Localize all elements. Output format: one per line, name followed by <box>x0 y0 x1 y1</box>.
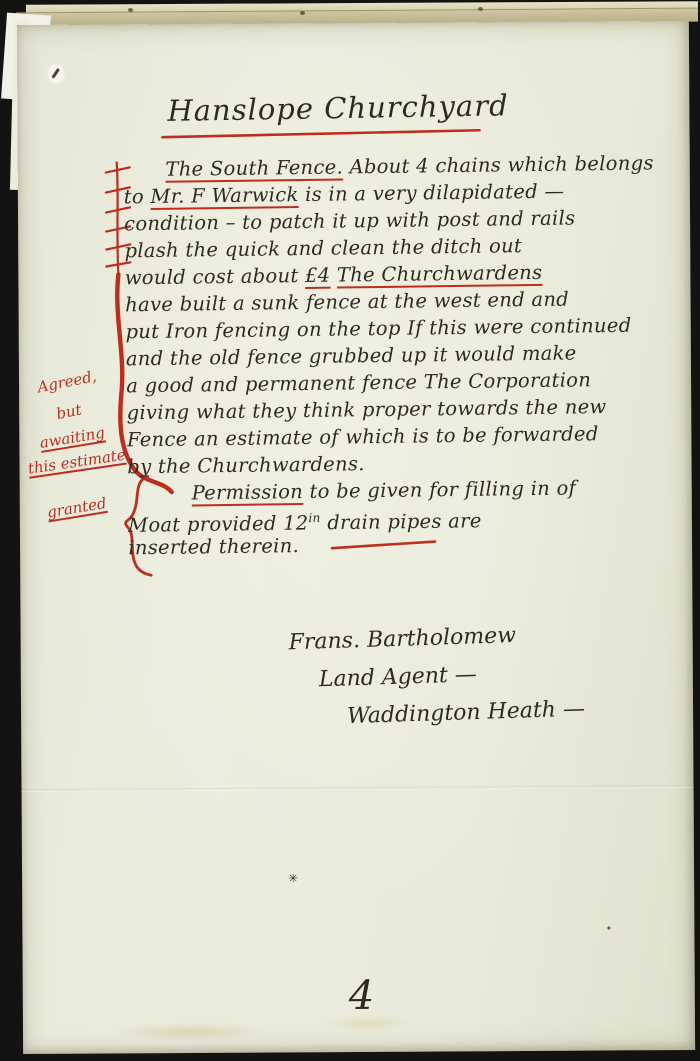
signature-name: Frans. Bartholomew <box>288 623 516 655</box>
ink-speck <box>128 8 133 12</box>
scan-background: Hanslope Churchyard The South Fence. Abo… <box>0 0 700 1061</box>
manuscript-text: and the old fence grubbed up it would ma… <box>126 341 577 370</box>
manuscript-text: to <box>124 185 151 208</box>
margin-note-agreed: Agreed, <box>36 367 98 396</box>
manuscript-text: in <box>308 511 320 525</box>
signature-role: Land Agent — <box>318 662 477 692</box>
document-page: Hanslope Churchyard The South Fence. Abo… <box>17 21 695 1054</box>
manuscript-text: by the Churchwardens. <box>127 452 365 478</box>
red-underlined-text: Mr. F Warwick <box>150 183 298 208</box>
ink-speck <box>300 11 305 15</box>
margin-hatch-spine <box>117 162 119 274</box>
manuscript-text: giving what they think proper towards th… <box>126 395 606 424</box>
manuscript-text: would cost about <box>125 264 305 289</box>
paper-stain <box>115 1022 265 1043</box>
manuscript-text: inserted therein. <box>128 534 299 559</box>
manuscript-text: Fence an estimate of which is to be forw… <box>127 422 599 451</box>
fold-crease <box>22 785 694 792</box>
manuscript-text: is in a very dilapidated — <box>298 180 564 206</box>
manuscript-text: to be given for filling in of <box>303 476 576 503</box>
margin-note-awaiting: awaiting <box>38 424 106 452</box>
ink-blot-asterisk: ✳ <box>288 871 298 885</box>
manuscript-text: have built a sunk fence at the west end … <box>125 288 569 317</box>
signature-place: Waddington Heath — <box>347 696 586 729</box>
ink-speck <box>478 7 483 11</box>
manuscript-text: drain pipes are <box>321 509 482 534</box>
page-title: Hanslope Churchyard <box>167 88 509 128</box>
pin-hole <box>47 63 65 85</box>
red-underlined-text: The South Fence. <box>165 155 343 180</box>
red-underlined-text: Permission <box>192 480 304 504</box>
margin-note-but: but <box>55 400 83 423</box>
manuscript-text: a good and permanent fence The Corporati… <box>126 368 591 397</box>
red-underlined-text: £4 <box>305 264 331 287</box>
ink-dot <box>607 926 610 929</box>
margin-note-granted: granted <box>46 494 108 521</box>
title-underline-stroke <box>163 130 480 137</box>
manuscript-text: About 4 chains which belongs <box>343 151 654 178</box>
manuscript-text: condition – to patch it up with post and… <box>124 206 576 235</box>
red-underlined-text: The Churchwardens <box>337 261 543 287</box>
manuscript-text: plash the quick and clean the ditch out <box>124 234 522 262</box>
page-number: 4 <box>349 973 375 1019</box>
manuscript-body: The South Fence. About 4 chains which be… <box>123 149 680 561</box>
